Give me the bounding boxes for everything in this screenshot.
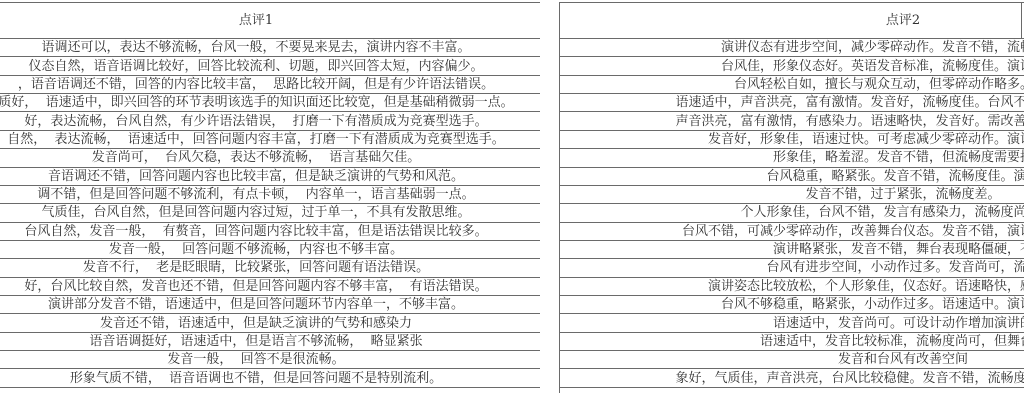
cell-text: 发音尚可， 台风欠稳，表达不够流畅， 语言基础欠佳。	[92, 151, 421, 164]
cell-text: 个人形象佳，台风不错，发言有感染力，流畅度尚可。英	[740, 206, 1024, 219]
cell-text: 形象气质不错， 语音语调也不错，但是回答问题不是特别流利。	[70, 372, 442, 385]
review1-cell[interactable]: 仪态自然，语音语调比较好，回答比较流利、切题，即兴回答太短，内容偏少。	[0, 57, 540, 75]
cell-text: 台风不够稳重，略紧张，小动作过多。语速适中。演讲稿需要进	[721, 298, 1024, 311]
review1-cell[interactable]: 调不错，但是回答问题不够流利，有点卡顿， 内容单一，语言基础弱一点。	[0, 186, 540, 204]
cell-text: 演讲仪态有进步空间，减少零碎动作。发音不错，流畅度欠佳。	[721, 41, 1024, 54]
review1-cell[interactable]: 好，台风比较自然，发音也还不错，但是回答问题内容不够丰富， 有语法错误。	[0, 278, 540, 296]
cell-text: 台风轻松自如，擅长与观众互动，但零碎动作略多。演讲言	[734, 78, 1024, 91]
review2-cell[interactable]: 发音好，形象佳，语速过快。可考虑减少零碎动作。演讲言之有物，	[559, 131, 1024, 149]
review2-cell[interactable]: 演讲姿态比较放松，个人形象佳，仪态好。语速略快，感情不够丰富	[559, 278, 1024, 296]
review1-cell[interactable]: 演讲部分发音不错，语速适中，但是回答问题环节内容单一，不够丰富。	[0, 296, 540, 314]
cell-text: 好，表达流畅，台风自然，有少许语法错误， 打磨一下有潜质成为竞赛型选手。	[24, 115, 487, 128]
column-header-label: 点评1	[239, 14, 273, 27]
review1-cell[interactable]: 好，表达流畅，台风自然，有少许语法错误， 打磨一下有潜质成为竞赛型选手。	[0, 112, 540, 130]
cell-text: 台风自然，发音一般， 有赘音，回答问题内容比较丰富，但是语法错误比较多。	[24, 225, 487, 238]
review2-cell[interactable]: 演讲略紧张，发音不错，舞台表现略僵硬，不	[559, 241, 1024, 259]
review1-cell[interactable]: 音语调还不错，回答问题内容也比较丰富，但是缺乏演讲的气势和风范。	[0, 168, 540, 186]
cell-text: 台风有进步空间，小动作过多。发音尚可，流畅	[766, 261, 1024, 274]
review2-cell[interactable]: 个人形象佳，台风不错，发言有感染力，流畅度尚可。英	[559, 204, 1024, 222]
review2-cell[interactable]: 声音洪亮，富有激情，有感染力。语速略快，发音好。需改善语法。演讲言之有	[559, 112, 1024, 130]
cell-text: 语调还可以，表达不够流畅，台风一般，不要晃来晃去，演讲内容不丰富。	[41, 41, 470, 54]
cell-text: 音语调还不错，回答问题内容也比较丰富，但是缺乏演讲的气势和风范。	[48, 170, 464, 183]
cell-text: 声音洪亮，富有激情，有感染力。语速略快，发音好。需改善语法。演讲言之有	[675, 115, 1024, 128]
review1-cell[interactable]: 语调还可以，表达不够流畅，台风一般，不要晃来晃去，演讲内容不丰富。	[0, 39, 540, 57]
cell-text: 象好，气质佳，声音洪亮，台风比较稳健。发音不错，流畅度可以。演讲稿词汇	[675, 372, 1024, 385]
review1-cell[interactable]: 自然， 表达流畅， 语速适中，回答问题内容丰富，打磨一下有潜质成为竞赛型选手。	[0, 131, 540, 149]
cell-text: 自然， 表达流畅， 语速适中，回答问题内容丰富，打磨一下有潜质成为竞赛型选手。	[7, 133, 505, 146]
review2-cell[interactable]: 发音和台风有改善空间	[559, 351, 1024, 369]
review2-cell[interactable]: 台风不错，可减少零碎动作，改善舞台仪态。发音不错，演讲言之有物，词汇	[559, 223, 1024, 241]
cell-text: 调不错，但是回答问题不够流利，有点卡顿， 内容单一，语言基础弱一点。	[37, 188, 474, 201]
cell-text: 演讲略紧张，发音不错，舞台表现略僵硬，不	[773, 243, 1024, 256]
review1-cell[interactable]: 发音一般， 回答不是很流畅。	[0, 351, 540, 369]
review1-cell[interactable]: 发音一般， 回答问题不够流畅，内容也不够丰富。	[0, 241, 540, 259]
cell-text: 发音和台风有改善空间	[838, 353, 968, 366]
review2-cell[interactable]: 演讲仪态有进步空间，减少零碎动作。发音不错，流畅度欠佳。	[559, 39, 1024, 57]
cell-text: 语速适中，声音洪亮，富有激情。发音好，流畅度佳。台风不够稳重，需减少零	[675, 96, 1024, 109]
review2-cell[interactable]: 台风不够稳重，略紧张，小动作过多。语速适中。演讲稿需要进	[559, 296, 1024, 314]
review2-cell[interactable]: 象好，气质佳，声音洪亮，台风比较稳健。发音不错，流畅度可以。演讲稿词汇	[559, 369, 1024, 387]
cell-text: 发音一般， 回答问题不够流畅，内容也不够丰富。	[109, 243, 403, 256]
cell-text: 质好， 语速适中，即兴回答的环节表明该选手的知识面还比较宽，但是基础稍微弱一点。	[0, 96, 514, 109]
cell-text: 台风不错，可减少零碎动作，改善舞台仪态。发音不错，演讲言之有物，词汇	[682, 225, 1024, 238]
review2-cell[interactable]: 形象佳，略羞涩。发音不错，但流畅度需要提	[559, 149, 1024, 167]
review2-cell[interactable]: 发音不错，过于紧张，流畅度差。	[559, 186, 1024, 204]
cell-text: 发音还不错，语速适中，但是缺乏演讲的气势和感染力	[100, 317, 412, 330]
review1-cell[interactable]: 发音还不错，语速适中，但是缺乏演讲的气势和感染力	[0, 314, 540, 332]
review1-cell[interactable]: 台风自然，发音一般， 有赘音，回答问题内容比较丰富，但是语法错误比较多。	[0, 223, 540, 241]
cell-text: 发音一般， 回答不是很流畅。	[167, 353, 344, 366]
cell-text: 发音不错，过于紧张，流畅度差。	[805, 188, 1000, 201]
cell-text: ，语音语调还不错，回答的内容比较丰富， 思路比较开阔，但是有少许语法错误。	[18, 78, 494, 91]
review2-cell[interactable]: 台风有进步空间，小动作过多。发音尚可，流畅	[559, 259, 1024, 277]
cell-text: 仪态自然，语音语调比较好，回答比较流利、切题，即兴回答太短，内容偏少。	[28, 60, 483, 73]
cell-text: 语音语调挺好，语速适中，但是语言不够流畅， 略显紧张	[89, 335, 422, 348]
review2-cell[interactable]: 台风佳，形象仪态好。英语发音标准，流畅度佳。演讲稿言之有	[559, 57, 1024, 75]
review1-cell[interactable]: 质好， 语速适中，即兴回答的环节表明该选手的知识面还比较宽，但是基础稍微弱一点。	[0, 94, 540, 112]
cell-text: 演讲姿态比较放松，个人形象佳，仪态好。语速略快，感情不够丰富	[708, 280, 1024, 293]
cell-text: 发音好，形象佳，语速过快。可考虑减少零碎动作。演讲言之有物，	[708, 133, 1024, 146]
review-column-2: 点评2 演讲仪态有进步空间，减少零碎动作。发音不错，流畅度欠佳。 台风佳，形象仪…	[559, 2, 1024, 388]
cell-text: 演讲部分发音不错，语速适中，但是回答问题环节内容单一，不够丰富。	[48, 298, 464, 311]
cell-text: 台风佳，形象仪态好。英语发音标准，流畅度佳。演讲稿言之有	[721, 60, 1024, 73]
column-header-review1[interactable]: 点评1	[0, 3, 540, 39]
review2-cell[interactable]: 语速适中，发音尚可。可设计动作增加演讲的	[559, 314, 1024, 332]
cell-text: 语速适中，发音尚可。可设计动作增加演讲的	[773, 317, 1024, 330]
cell-text: 语速适中，发音比较标准，流畅度尚可，但舞台表	[760, 335, 1024, 348]
column-header-review2[interactable]: 点评2	[559, 3, 1024, 39]
column-header-label: 点评2	[886, 14, 920, 27]
review-column-1: 点评1 语调还可以，表达不够流畅，台风一般，不要晃来晃去，演讲内容不丰富。 仪态…	[0, 2, 540, 388]
review2-cell[interactable]: 台风轻松自如，擅长与观众互动，但零碎动作略多。演讲言	[559, 76, 1024, 94]
cell-text: 发音不行， 老是眨眼睛，比较紧张，回答问题有语法错误。	[83, 261, 429, 274]
cell-text: 气质佳，台风自然，但是回答问题内容过短，过于单一，不具有发散思维。	[41, 206, 470, 219]
review1-cell[interactable]: 形象气质不错， 语音语调也不错，但是回答问题不是特别流利。	[0, 369, 540, 387]
review1-cell[interactable]: ，语音语调还不错，回答的内容比较丰富， 思路比较开阔，但是有少许语法错误。	[0, 76, 540, 94]
cell-text: 形象佳，略羞涩。发音不错，但流畅度需要提	[773, 151, 1024, 164]
review1-cell[interactable]: 气质佳，台风自然，但是回答问题内容过短，过于单一，不具有发散思维。	[0, 204, 540, 222]
cell-text: 台风稳重，略紧张。发音不错，流畅度佳。演讲	[766, 170, 1024, 183]
review2-cell[interactable]: 语速适中，发音比较标准，流畅度尚可，但舞台表	[559, 333, 1024, 351]
review1-cell[interactable]: 发音尚可， 台风欠稳，表达不够流畅， 语言基础欠佳。	[0, 149, 540, 167]
review1-cell[interactable]: 发音不行， 老是眨眼睛，比较紧张，回答问题有语法错误。	[0, 259, 540, 277]
review2-cell[interactable]: 语速适中，声音洪亮，富有激情。发音好，流畅度佳。台风不够稳重，需减少零	[559, 94, 1024, 112]
review2-cell[interactable]: 台风稳重，略紧张。发音不错，流畅度佳。演讲	[559, 168, 1024, 186]
cell-text: 好，台风比较自然，发音也还不错，但是回答问题内容不够丰富， 有语法错误。	[24, 280, 487, 293]
review1-cell[interactable]: 语音语调挺好，语速适中，但是语言不够流畅， 略显紧张	[0, 333, 540, 351]
